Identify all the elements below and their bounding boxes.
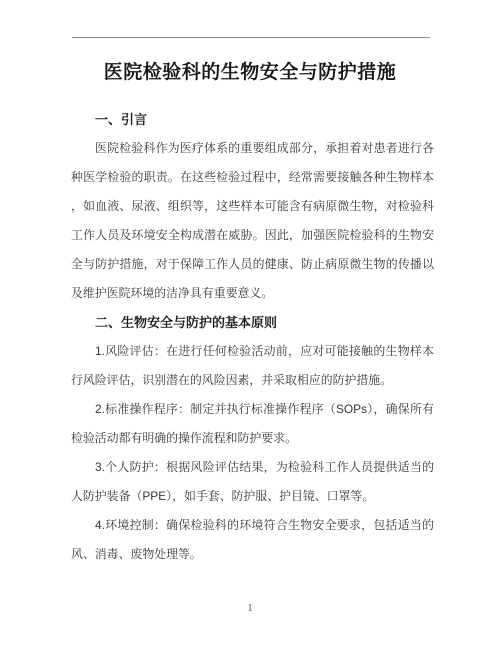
paragraph-line: 全与防护措施，对于保障工作人员的健康、防止病原微生物的传播以 — [71, 250, 434, 279]
paragraph-line: 行风险评估，识别潜在的风险因素，并采取相应的防护措施。 — [71, 366, 434, 395]
header-rule — [72, 37, 430, 38]
page-title: 医院检验科的生物安全与防护措施 — [0, 56, 500, 90]
paragraph-line: 1.风险评估：在进行任何检验活动前，应对可能接触的生物样本进 — [71, 337, 434, 366]
paragraph-line: ，如血液、尿液、组织等，这些样本可能含有病原微生物，对检验科 — [71, 192, 434, 221]
paragraph-line: 风、消毒、废物处理等。 — [71, 540, 434, 569]
section-heading: 一、引言 — [71, 105, 434, 134]
paragraph-line: 医院检验科作为医疗体系的重要组成部分，承担着对患者进行各 — [71, 134, 434, 163]
paragraph-line: 及维护医院环境的洁净具有重要意义。 — [71, 279, 434, 308]
paragraph-line: 3.个人防护：根据风险评估结果，为检验科工作人员提供适当的个 — [71, 453, 434, 482]
paragraph-line: 2.标准操作程序：制定并执行标准操作程序（SOPs），确保所有 — [71, 395, 434, 424]
paragraph-line: 4.环境控制：确保检验科的环境符合生物安全要求，包括适当的通 — [71, 511, 434, 540]
document-body: 一、引言医院检验科作为医疗体系的重要组成部分，承担着对患者进行各种医学检验的职责… — [71, 105, 434, 569]
paragraph-line: 人防护装备（PPE），如手套、防护服、护目镜、口罩等。 — [71, 482, 434, 511]
paragraph-line: 工作人员及环境安全构成潜在威胁。因此，加强医院检验科的生物安 — [71, 221, 434, 250]
document-page: 医院检验科的生物安全与防护措施 一、引言医院检验科作为医疗体系的重要组成部分，承… — [0, 0, 500, 647]
paragraph-line: 检验活动都有明确的操作流程和防护要求。 — [71, 424, 434, 453]
paragraph-line: 种医学检验的职责。在这些检验过程中，经常需要接触各种生物样本 — [71, 163, 434, 192]
page-number: 1 — [0, 601, 500, 617]
section-heading: 二、生物安全与防护的基本原则 — [71, 308, 434, 337]
